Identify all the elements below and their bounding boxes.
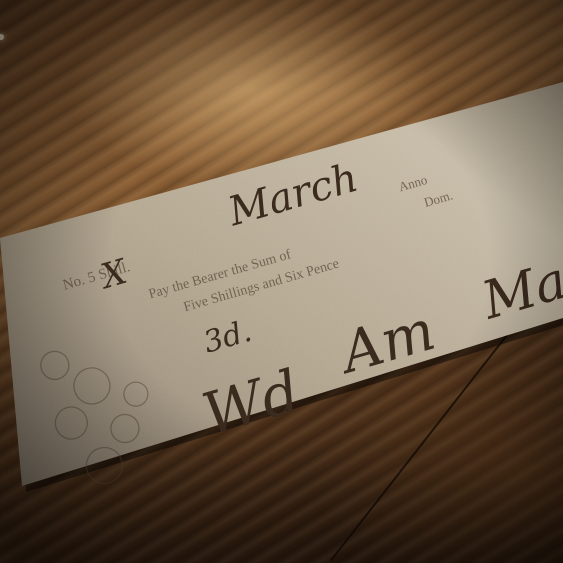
wooden-table-photo: No. 5 Shill. Pay the Bearer the Sum of F… [0,0,563,563]
old-document: No. 5 Shill. Pay the Bearer the Sum of F… [0,0,563,563]
